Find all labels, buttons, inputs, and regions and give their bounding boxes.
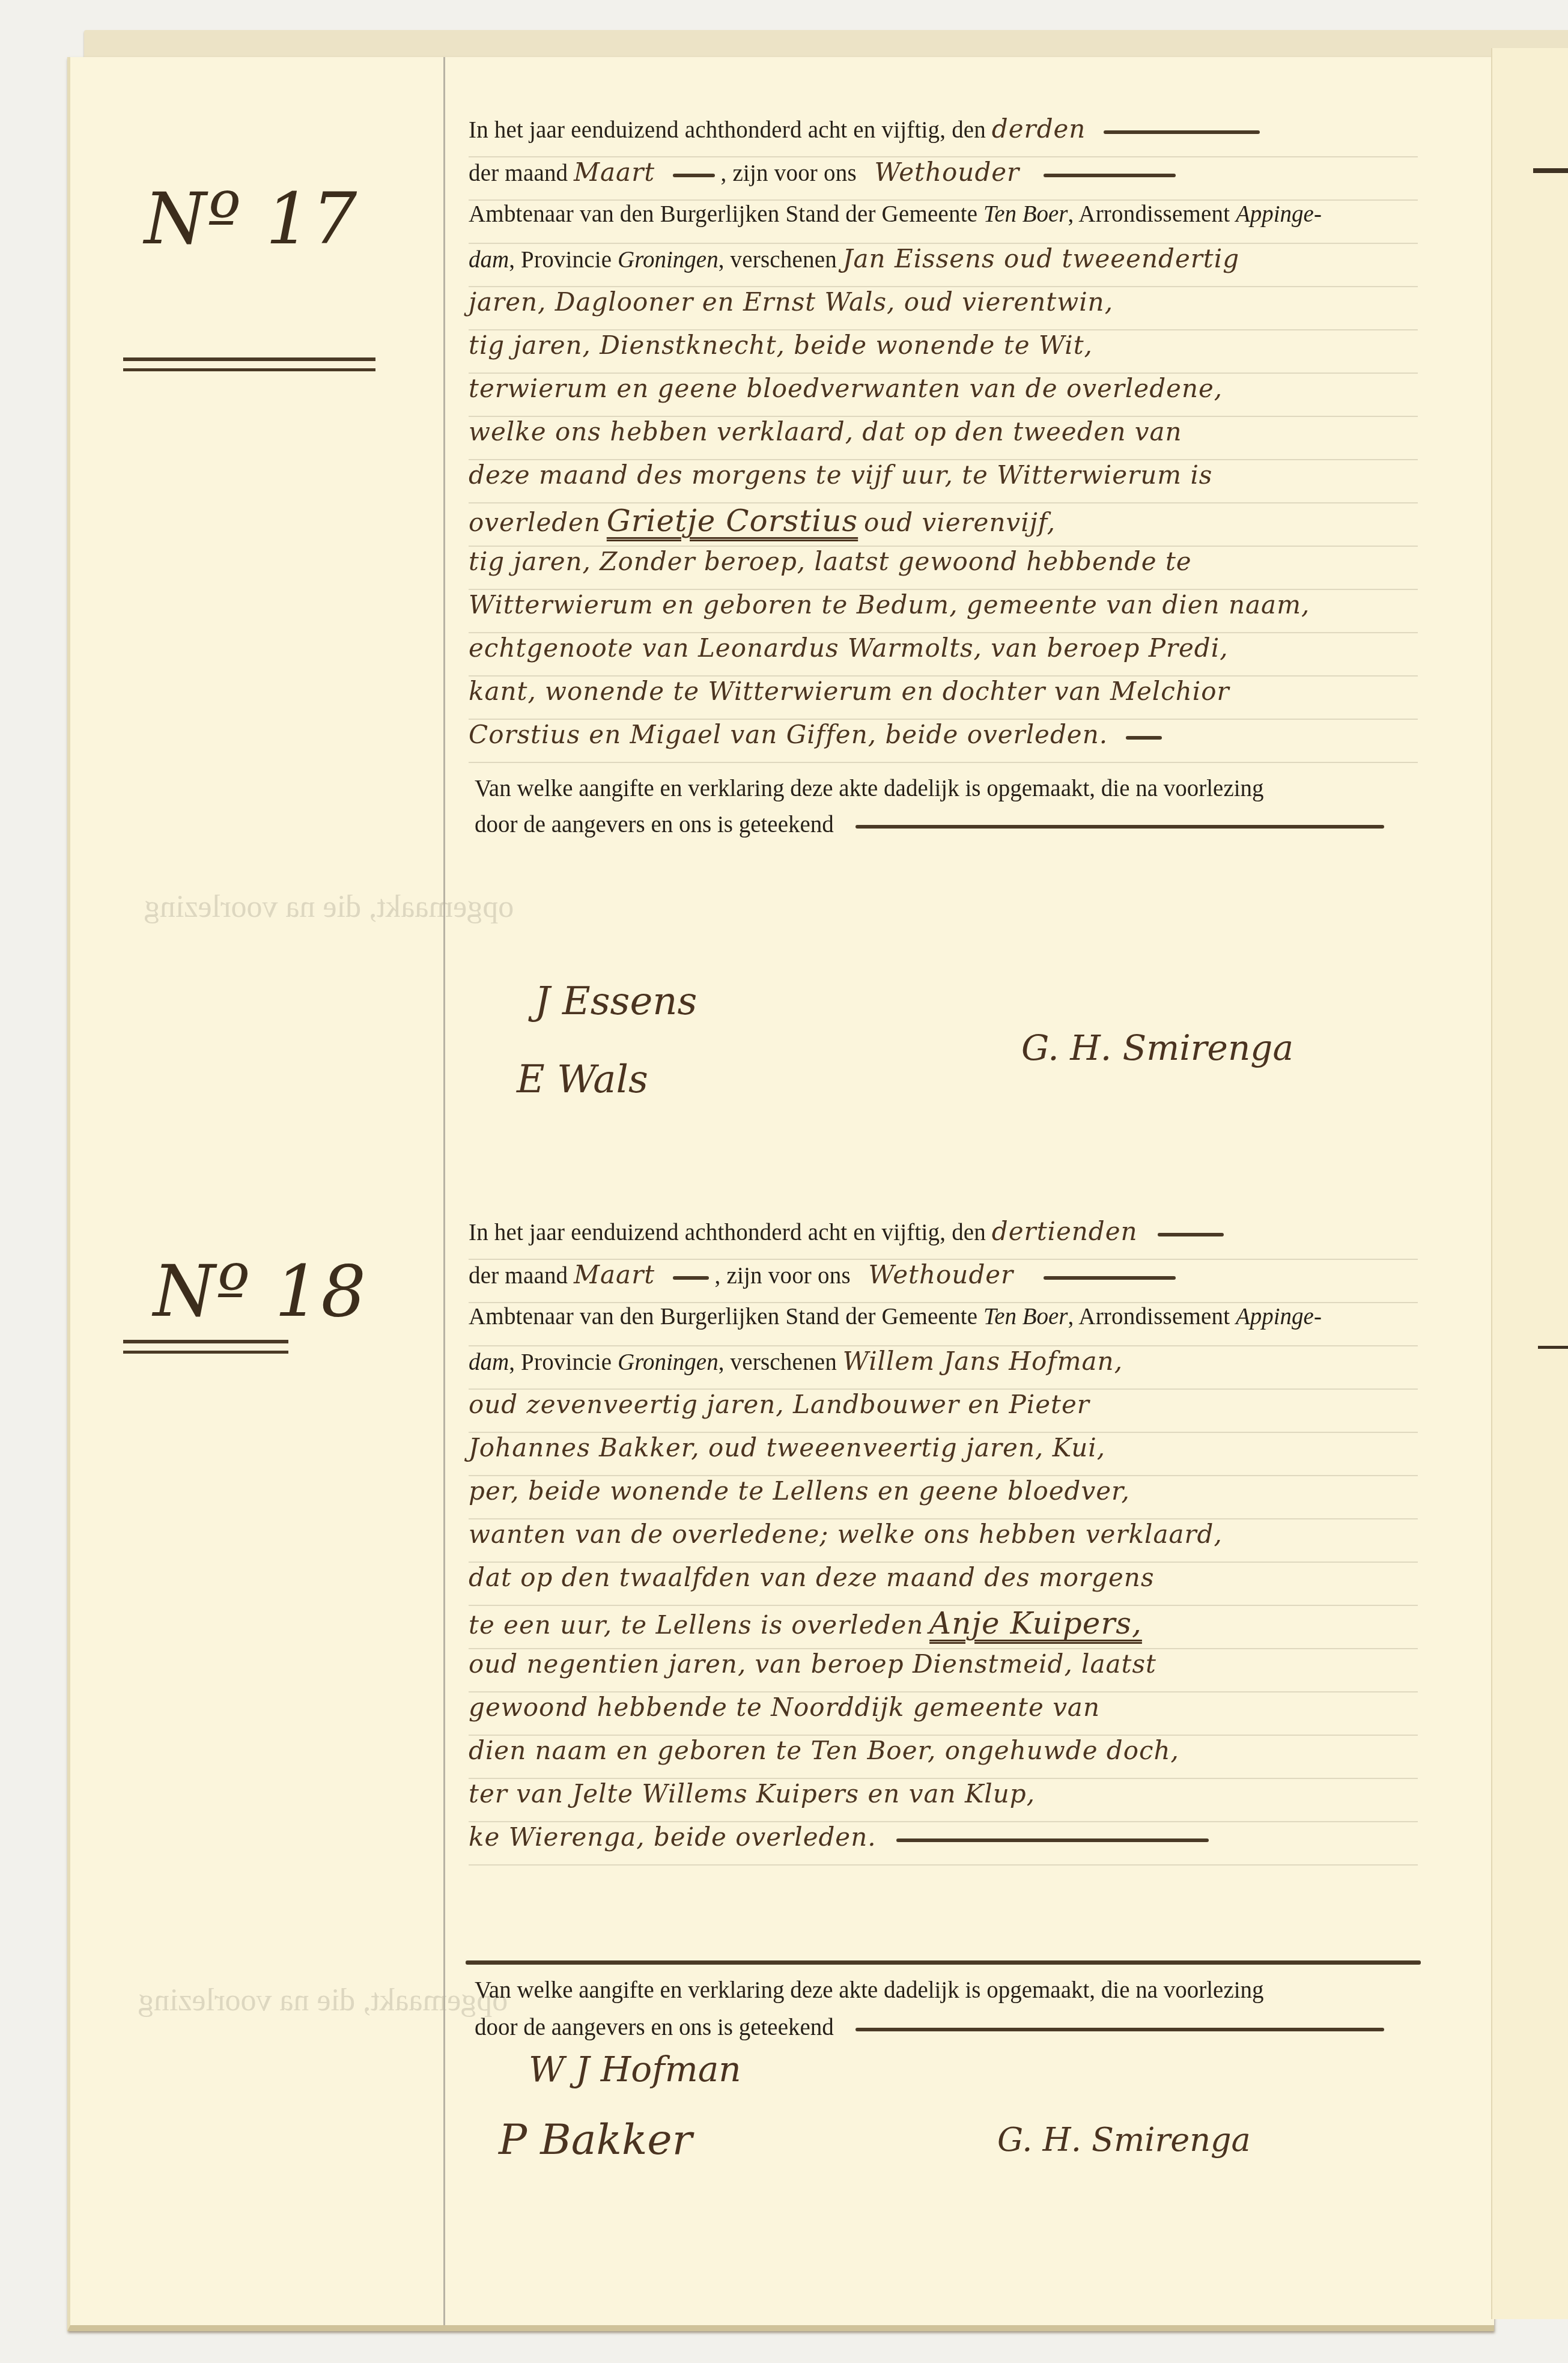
handwritten-official-title: Wethouder bbox=[869, 1260, 1014, 1289]
record-line: wanten van de overledene; welke ons hebb… bbox=[469, 1519, 1418, 1563]
closing-text: door de aangevers en ons is geteekend bbox=[475, 812, 834, 838]
handwritten-text: terwierum en geene bloedverwanten van de… bbox=[469, 374, 1223, 403]
bleed-through-text: opgemaakt, die na voorlezing bbox=[138, 1983, 508, 2018]
closing-formula: door de aangevers en ons is geteekend bbox=[475, 811, 1424, 838]
bleed-through-text: opgemaakt, die na voorlezing bbox=[144, 889, 514, 925]
record-line: In het jaar eenduizend achthonderd acht … bbox=[469, 114, 1418, 157]
record-line: welke ons hebben verklaard, dat op den t… bbox=[469, 417, 1418, 460]
handwritten-text: deze maand des morgens te vijf uur, te W… bbox=[469, 460, 1212, 490]
act-number: Nº 17 bbox=[144, 177, 358, 260]
record-line: terwierum en geene bloedverwanten van de… bbox=[469, 374, 1418, 417]
fill-stroke bbox=[1044, 174, 1176, 177]
handwritten-text: echtgenoote van Leonardus Warmolts, van … bbox=[469, 633, 1229, 663]
signature-declarant-2: P Bakker bbox=[499, 2115, 692, 2164]
fill-stroke bbox=[1158, 1233, 1224, 1236]
handwritten-text: kant, wonende te Witterwierum en dochter… bbox=[469, 677, 1230, 706]
signature-declarant-2: E Wals bbox=[517, 1057, 648, 1102]
record-line: tig jaren, Zonder beroep, laatst gewoond… bbox=[469, 547, 1418, 590]
printed-text: der maand bbox=[469, 160, 568, 186]
record-line: der maand Maart , zijn voor ons Wethoude… bbox=[469, 157, 1418, 201]
handwritten-text: Corstius en Migael van Giffen, beide ove… bbox=[469, 720, 1108, 749]
fill-stroke bbox=[1044, 1276, 1176, 1280]
handwritten-text: ke Wierenga, beide overleden. bbox=[469, 1822, 877, 1852]
printed-arrondissement: Appinge- bbox=[1236, 201, 1322, 227]
printed-municipality: Ten Boer bbox=[983, 201, 1068, 227]
handwritten-declarant: Jan Eissens oud tweeendertig bbox=[843, 244, 1239, 273]
handwritten-day: derden bbox=[992, 114, 1086, 144]
fill-stroke bbox=[855, 2028, 1384, 2031]
record-line: overleden Grietje Corstius oud vierenvij… bbox=[469, 503, 1418, 547]
record-line: ke Wierenga, beide overleden. bbox=[469, 1822, 1418, 1866]
printed-text: , Arrondissement bbox=[1068, 1304, 1230, 1330]
signature-declarant-1: J Essens bbox=[535, 979, 697, 1024]
handwritten-declarant: Willem Jans Hofman, bbox=[843, 1346, 1123, 1376]
printed-municipality: Ten Boer bbox=[983, 1304, 1068, 1330]
handwritten-text: oud vierenvijf, bbox=[864, 508, 1056, 537]
fill-stroke bbox=[1126, 736, 1162, 740]
printed-text: , Arrondissement bbox=[1068, 201, 1230, 227]
printed-text: der maand bbox=[469, 1263, 568, 1289]
closing-text: door de aangevers en ons is geteekend bbox=[475, 2015, 834, 2040]
handwritten-text: welke ons hebben verklaard, dat op den t… bbox=[469, 417, 1182, 446]
record-line: deze maand des morgens te vijf uur, te W… bbox=[469, 460, 1418, 503]
handwritten-text: oud zevenveertig jaren, Landbouwer en Pi… bbox=[469, 1390, 1090, 1419]
act-number-underline bbox=[123, 1340, 288, 1354]
printed-text: In het jaar eenduizend achthonderd acht … bbox=[469, 117, 986, 143]
record-line: Corstius en Migael van Giffen, beide ove… bbox=[469, 720, 1418, 763]
printed-text: , zijn voor ons bbox=[721, 160, 857, 186]
facing-page-mark bbox=[1533, 168, 1568, 173]
handwritten-text: dien naam en geboren te Ten Boer, ongehu… bbox=[469, 1736, 1179, 1765]
handwritten-month: Maart bbox=[574, 157, 655, 187]
printed-province: Groningen bbox=[618, 247, 719, 273]
signature-declarant-1: W J Hofman bbox=[529, 2049, 741, 2090]
deceased-name: Anje Kuipers, bbox=[929, 1606, 1142, 1641]
handwritten-text: oud negentien jaren, van beroep Dienstme… bbox=[469, 1649, 1156, 1679]
fill-stroke bbox=[673, 1276, 709, 1280]
record-line: echtgenoote van Leonardus Warmolts, van … bbox=[469, 633, 1418, 677]
handwritten-text: per, beide wonende te Lellens en geene b… bbox=[469, 1476, 1130, 1506]
closing-formula: Van welke aangifte en verklaring deze ak… bbox=[475, 775, 1424, 802]
printed-text: , zijn voor ons bbox=[715, 1263, 851, 1289]
printed-text: Ambtenaar van den Burgerlijken Stand der… bbox=[469, 1304, 977, 1330]
record-line: jaren, Daglooner en Ernst Wals, oud vier… bbox=[469, 287, 1418, 330]
printed-text: , Provincie bbox=[509, 247, 612, 273]
record-line: te een uur, te Lellens is overleden Anje… bbox=[469, 1606, 1418, 1649]
record-line: Witterwierum en geboren te Bedum, gemeen… bbox=[469, 590, 1418, 633]
handwritten-official-title: Wethouder bbox=[875, 157, 1020, 187]
record-line: dat op den twaalfden van deze maand des … bbox=[469, 1563, 1418, 1606]
printed-text: , verschenen bbox=[719, 247, 837, 273]
printed-text: dam bbox=[469, 247, 509, 273]
record-line: In het jaar eenduizend achthonderd acht … bbox=[469, 1217, 1418, 1260]
record-line: der maand Maart , zijn voor ons Wethoude… bbox=[469, 1260, 1418, 1303]
record-line: Ambtenaar van den Burgerlijken Stand der… bbox=[469, 201, 1418, 244]
fill-stroke bbox=[896, 1838, 1209, 1842]
signature-official: G. H. Smirenga bbox=[997, 2121, 1251, 2159]
printed-text: dam bbox=[469, 1349, 509, 1375]
fill-stroke bbox=[673, 174, 715, 177]
record-line: dam, Provincie Groningen, verschenen Wil… bbox=[469, 1346, 1418, 1390]
record-line: oud negentien jaren, van beroep Dienstme… bbox=[469, 1649, 1418, 1692]
handwritten-text: jaren, Daglooner en Ernst Wals, oud vier… bbox=[469, 287, 1113, 317]
fill-stroke bbox=[1104, 130, 1260, 134]
handwritten-text: overleden bbox=[469, 508, 601, 537]
printed-text: Ambtenaar van den Burgerlijken Stand der… bbox=[469, 201, 977, 227]
facing-page-mark bbox=[1538, 1346, 1568, 1349]
act-number: Nº 18 bbox=[153, 1250, 367, 1333]
handwritten-text: gewoond hebbende te Noorddijk gemeente v… bbox=[469, 1692, 1100, 1722]
printed-text: , verschenen bbox=[719, 1349, 837, 1375]
handwritten-text: dat op den twaalfden van deze maand des … bbox=[469, 1563, 1154, 1592]
fill-stroke bbox=[855, 825, 1384, 829]
record-line: Ambtenaar van den Burgerlijken Stand der… bbox=[469, 1303, 1418, 1346]
record-line: kant, wonende te Witterwierum en dochter… bbox=[469, 677, 1418, 720]
handwritten-text: wanten van de overledene; welke ons hebb… bbox=[469, 1519, 1223, 1549]
printed-province: Groningen bbox=[618, 1349, 719, 1375]
handwritten-text: te een uur, te Lellens is overleden bbox=[469, 1610, 923, 1640]
handwritten-text: ter van Jelte Willems Kuipers en van Klu… bbox=[469, 1779, 1035, 1808]
record-line: dien naam en geboren te Ten Boer, ongehu… bbox=[469, 1736, 1418, 1779]
record-line: gewoond hebbende te Noorddijk gemeente v… bbox=[469, 1692, 1418, 1736]
record-line: tig jaren, Dienstknecht, beide wonende t… bbox=[469, 330, 1418, 374]
printed-text: In het jaar eenduizend achthonderd acht … bbox=[469, 1220, 986, 1245]
facing-page-edge bbox=[1491, 48, 1568, 2319]
closing-formula: door de aangevers en ons is geteekend bbox=[475, 2014, 1424, 2041]
signature-official: G. H. Smirenga bbox=[1021, 1027, 1293, 1068]
record-line: Johannes Bakker, oud tweeenveertig jaren… bbox=[469, 1433, 1418, 1476]
printed-text: , Provincie bbox=[509, 1349, 612, 1375]
record-line: oud zevenveertig jaren, Landbouwer en Pi… bbox=[469, 1390, 1418, 1433]
closing-formula: Van welke aangifte en verklaring deze ak… bbox=[475, 1977, 1424, 2004]
printed-arrondissement: Appinge- bbox=[1236, 1304, 1322, 1330]
handwritten-month: Maart bbox=[574, 1260, 655, 1289]
record-line: ter van Jelte Willems Kuipers en van Klu… bbox=[469, 1779, 1418, 1822]
handwritten-day: dertienden bbox=[992, 1217, 1138, 1246]
handwritten-text: tig jaren, Zonder beroep, laatst gewoond… bbox=[469, 547, 1192, 576]
deceased-name: Grietje Corstius bbox=[607, 503, 858, 538]
section-divider bbox=[466, 1960, 1421, 1965]
record-line: dam, Provincie Groningen, verschenen Jan… bbox=[469, 244, 1418, 287]
record-line: per, beide wonende te Lellens en geene b… bbox=[469, 1476, 1418, 1519]
handwritten-text: Witterwierum en geboren te Bedum, gemeen… bbox=[469, 590, 1310, 619]
handwritten-text: Johannes Bakker, oud tweeenveertig jaren… bbox=[469, 1433, 1105, 1462]
act-number-underline bbox=[123, 357, 375, 371]
handwritten-text: tig jaren, Dienstknecht, beide wonende t… bbox=[469, 330, 1093, 360]
